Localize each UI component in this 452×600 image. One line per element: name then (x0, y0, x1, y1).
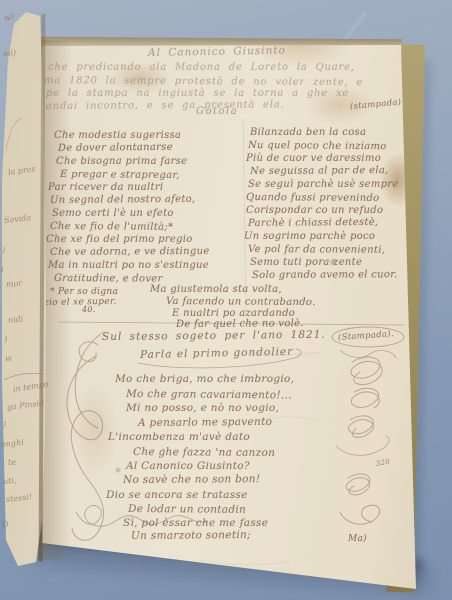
verse-line-right: Nu quel poco che inziamo (248, 140, 387, 152)
verse-line: Sì, pol èssar che me fasse (123, 517, 268, 529)
verse-line-left: E pregar e strapregar, (60, 169, 180, 181)
verse-line-left: Che ve adorna, e ve distingue (50, 246, 210, 258)
catchword: Ma) (348, 534, 367, 544)
verse-line-right: Corispondar co un refudo (246, 205, 383, 216)
verse-line-right: Più de cuor ve daressimo (246, 153, 381, 164)
verse-line-left: Che xe fio del primo pregio (46, 234, 193, 245)
leaf-fragment: ) (4, 335, 7, 344)
leaf-fragment: nidi (8, 314, 24, 325)
manuscript-photo: Al Canonico Giusinto che predicando ala … (0, 0, 452, 600)
verse-line-right: Solo grando avemo el cuor. (252, 269, 398, 281)
verse-line: De lodar un contadin (128, 503, 246, 516)
verse-line: Mo che briga, mo che imbrogio, (115, 373, 294, 385)
verse-line-left: Che bisogna prima farse (56, 156, 187, 167)
verse-line-right: Ne seguissa al par de ela, (250, 165, 389, 177)
verse-line-left: Ma in nualtri po no s'estingue (48, 260, 209, 271)
leaf-fragment: w (5, 354, 12, 363)
leaf-fragment: O (2, 520, 9, 529)
verse-line-right: Quando fussi prevenindo (246, 192, 380, 204)
headnote-line: ma 1820 la sempre protestà de no voler z… (44, 75, 363, 88)
verse-line: Dio se ancora se tratasse (106, 489, 248, 501)
verse-line-right: Ve pol far da convenienti, (248, 244, 385, 256)
verse-line-right: Un sogrimo parchè poco (244, 231, 375, 242)
verse-line-right: Semo tuti pora zente (250, 257, 362, 268)
leaf-fragment: w) (3, 12, 15, 23)
section1-title: Al Canonico Giusinto (148, 45, 286, 59)
leaf-fragment: te (8, 458, 16, 467)
verse-line-left: Che xe fio de l'umiltà;* (50, 221, 173, 233)
verse-line: A pensarlo me spavento (138, 416, 272, 429)
verse-line-right: Parchè i chiassi detestè, (248, 217, 378, 229)
footnote-line: * Per so digna (50, 287, 118, 297)
verse-line-right: Se seguì parchè usè sempre (248, 179, 399, 190)
verse-line-left: Par ricever da nualtri (48, 182, 163, 193)
leaf-fragment: i (1, 265, 4, 274)
leaf-fragment: mor (6, 279, 23, 289)
verse-line-left: Che modestia sugerissa (54, 130, 181, 141)
verse-line: Che ghe fazza 'na canzon (133, 446, 275, 459)
verse-line-left: Gratitudine, e dover (54, 273, 163, 285)
verse-line-right: Bilanzada ben la cosa (250, 127, 366, 138)
headnote-line: che predicando ala Madona de Loreto la Q… (48, 62, 355, 73)
verse-line-left: Un segnal del nostro afeto, (50, 194, 196, 206)
section2-heading: Sul stesso sogeto per l'ano 1821. (102, 329, 326, 343)
verse-line: Un smarzoto sonetin; (131, 529, 251, 542)
verse-line-left: Semo certi l'è un efeto (52, 208, 174, 219)
footnote-line: 40. (82, 305, 96, 314)
verse-line: Mo che gran cavariamento!... (126, 388, 292, 401)
verse-line: L'incombenza m'avè dato (108, 431, 250, 443)
headnote-line: pe la stampa na ingiustà se la torna a g… (46, 88, 349, 99)
verse-line: No savè che no son bon! (123, 473, 260, 486)
leaf-fragment: ) (3, 420, 6, 429)
closing-line: Va facendo un contrabando. (166, 296, 316, 308)
poem-subtitle: Gotola (196, 106, 238, 117)
verse-line: Mi no posso, e nò no vogio, (126, 402, 279, 414)
headnote-line: andai incontro, e se ga presentà ela. (46, 99, 285, 112)
verse-line: Al Canonico Giusinto? (126, 460, 250, 472)
footnote-line: zio el xe super. (44, 297, 117, 308)
verse-line-left: De dover alontanarse (58, 142, 173, 154)
leaf-fragment: ) (2, 246, 5, 255)
closing-line: Ma giustemola sta volta, (150, 284, 282, 295)
leaf-fragment: uti, (3, 476, 17, 486)
